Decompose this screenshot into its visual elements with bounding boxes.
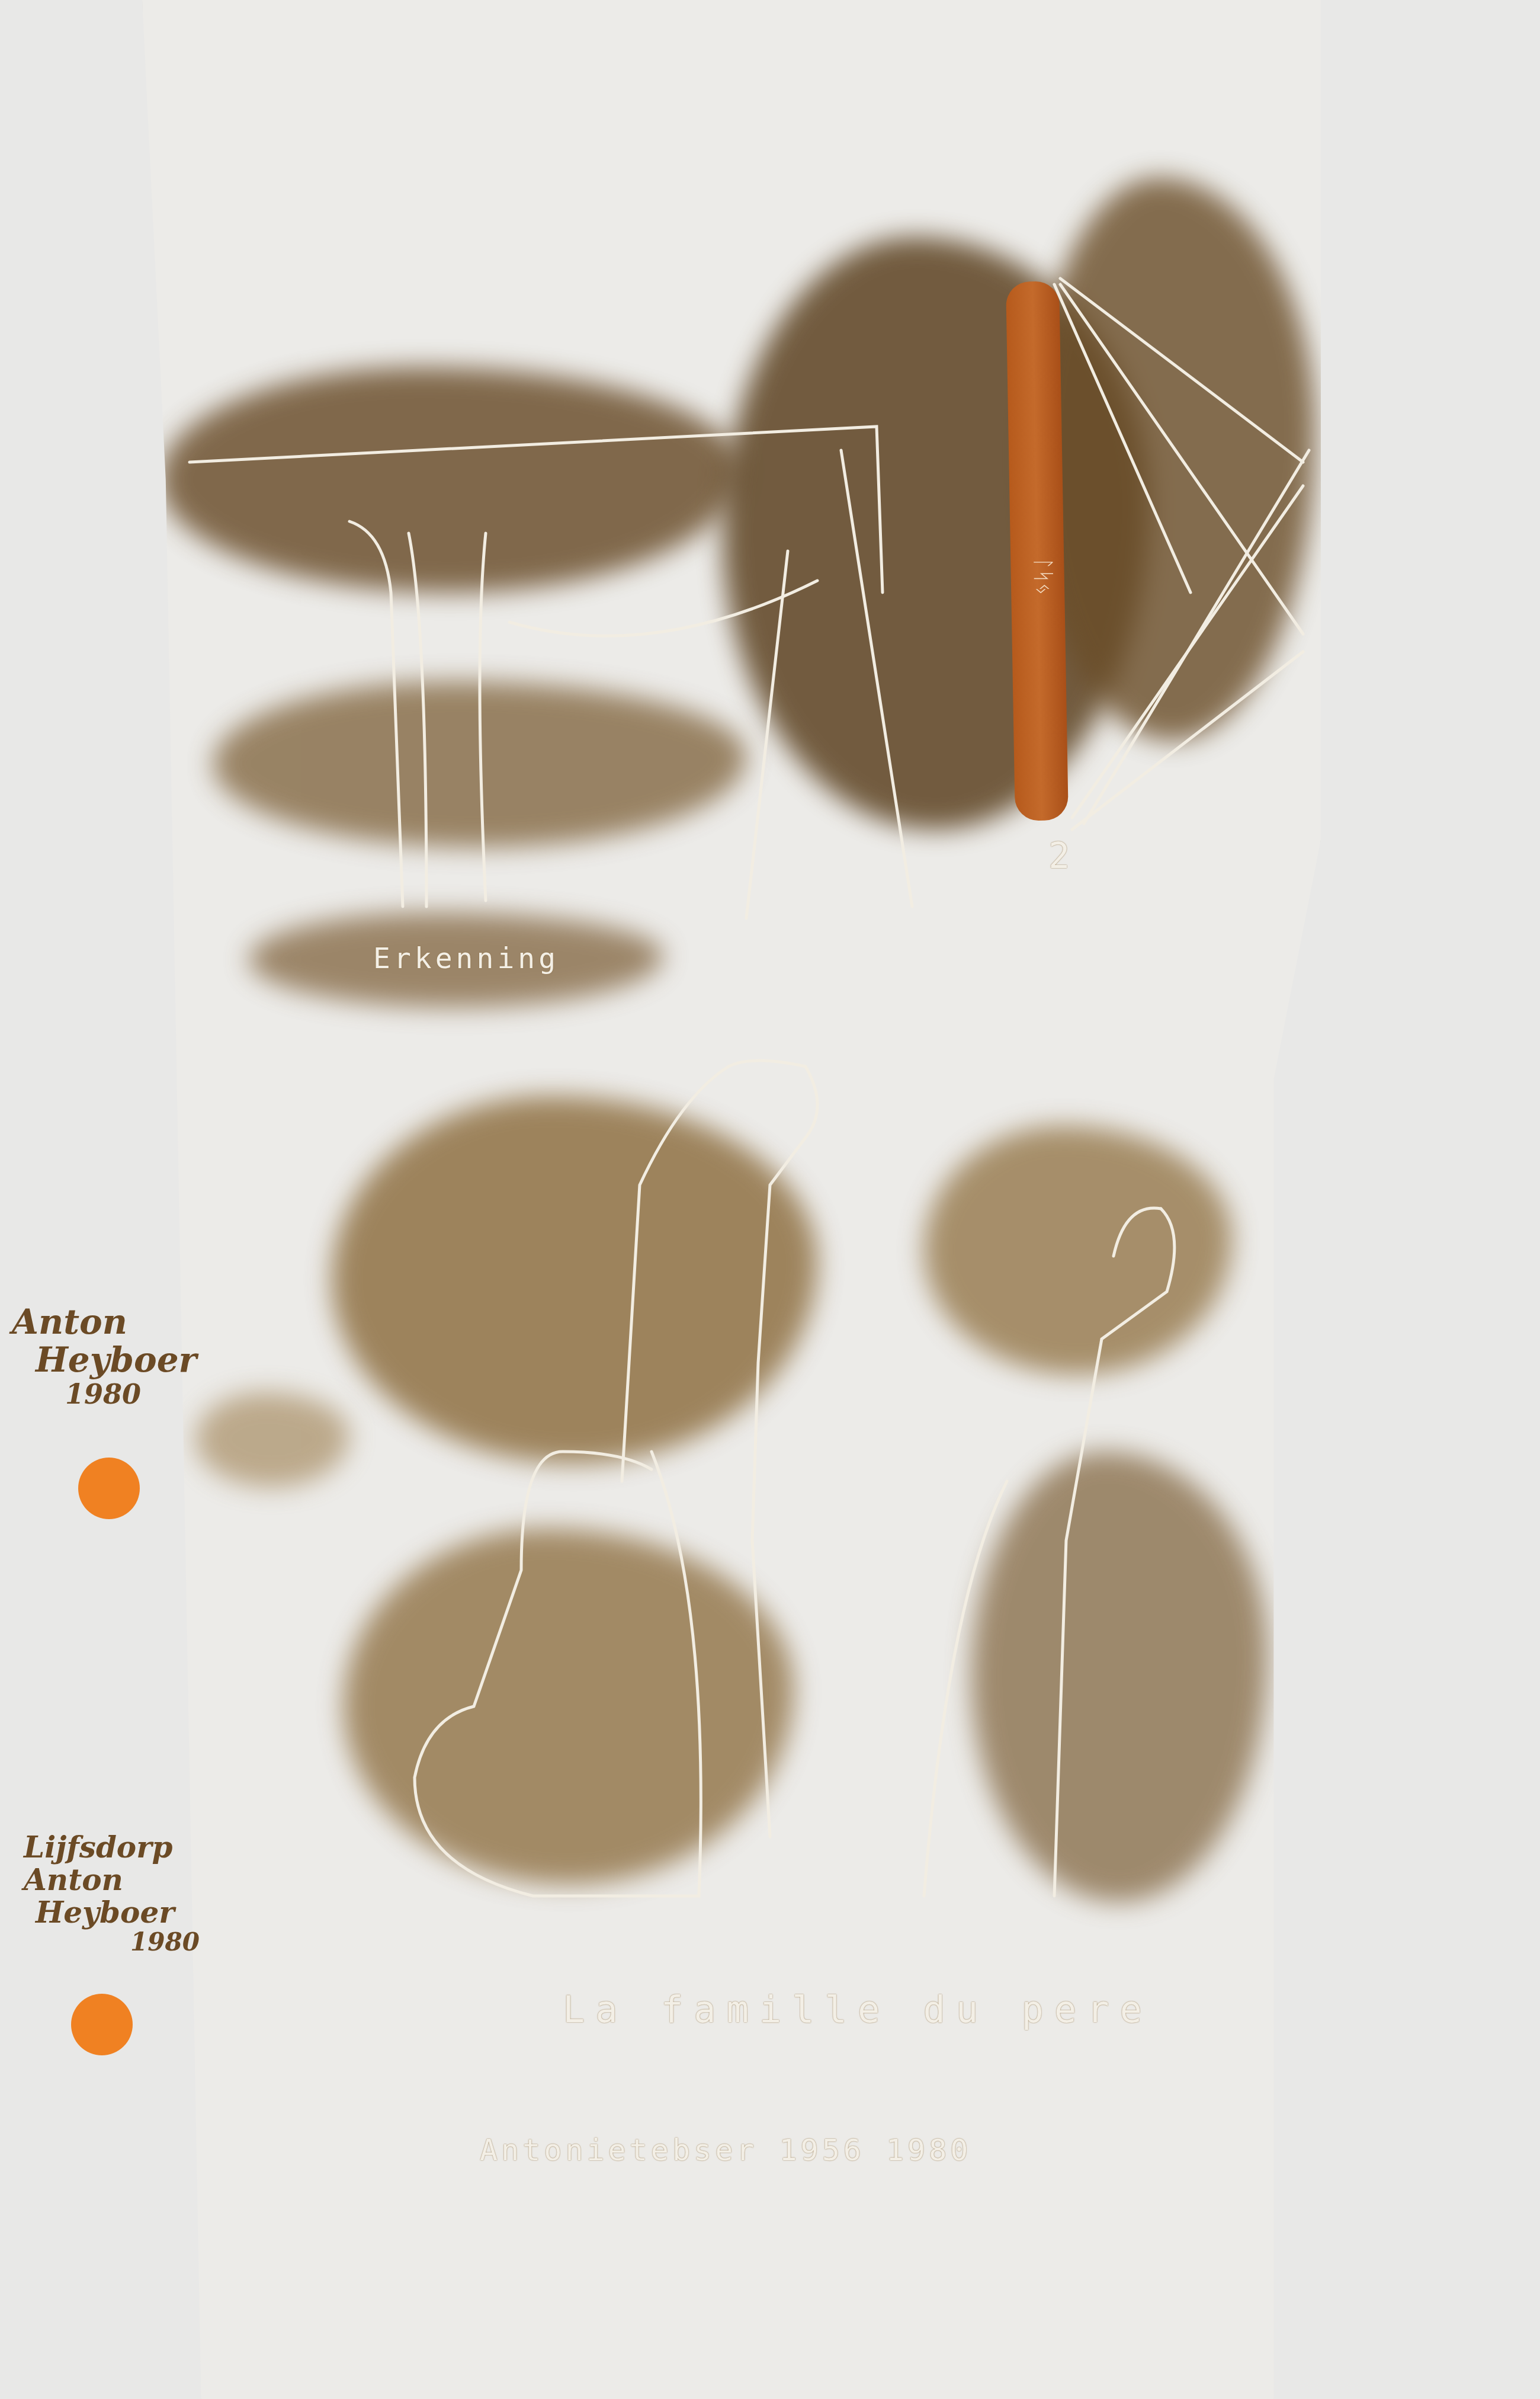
right-figure-back: [924, 1481, 1007, 1896]
standing-father: [729, 1061, 817, 1837]
inscription-erkenning: Erkenning: [373, 942, 559, 975]
right-figure-head: [1114, 1208, 1161, 1256]
signature-line: Anton: [12, 1303, 197, 1341]
signature-line: Anton: [24, 1863, 200, 1896]
right-figure: [1054, 1209, 1175, 1896]
signature-line: 1980: [12, 1379, 197, 1410]
rope-4: [1084, 450, 1309, 824]
rope-5: [1072, 652, 1303, 829]
signature-line: Heyboer: [24, 1896, 200, 1929]
inscription-title: La famille du pere: [563, 1988, 1153, 2031]
upper-figure-leg-1: [349, 521, 403, 907]
upper-figure-leg-2: [409, 533, 426, 907]
upper-figure-leg-3: [480, 533, 486, 901]
chain-line: [509, 581, 817, 636]
margin-signature-1: Anton Heyboer 1980: [12, 1303, 197, 1409]
rope-2: [1060, 278, 1303, 462]
signature-line: Lijfsdorp: [24, 1831, 200, 1863]
seated-figure: [415, 1452, 701, 1896]
upper-figure-leg-4: [746, 551, 788, 918]
orange-stamp-2: [71, 1994, 133, 2055]
margin-signature-2: Lijfsdorp Anton Heyboer 1980: [24, 1831, 200, 1956]
rope-6: [1060, 284, 1303, 634]
rope-1: [1054, 284, 1191, 592]
etched-figures: [0, 0, 1540, 2399]
upper-figure-leg-5: [841, 450, 912, 907]
signature-line: 1980: [24, 1929, 200, 1956]
inscription-rod-number: 2: [1048, 835, 1070, 877]
table-top-line: [190, 427, 883, 592]
signature-line: Heyboer: [12, 1341, 197, 1379]
inscription-dedication: Antonietebser 1956 1980: [480, 2133, 971, 2167]
orange-stamp-1: [78, 1458, 140, 1519]
father-back: [622, 1066, 729, 1481]
